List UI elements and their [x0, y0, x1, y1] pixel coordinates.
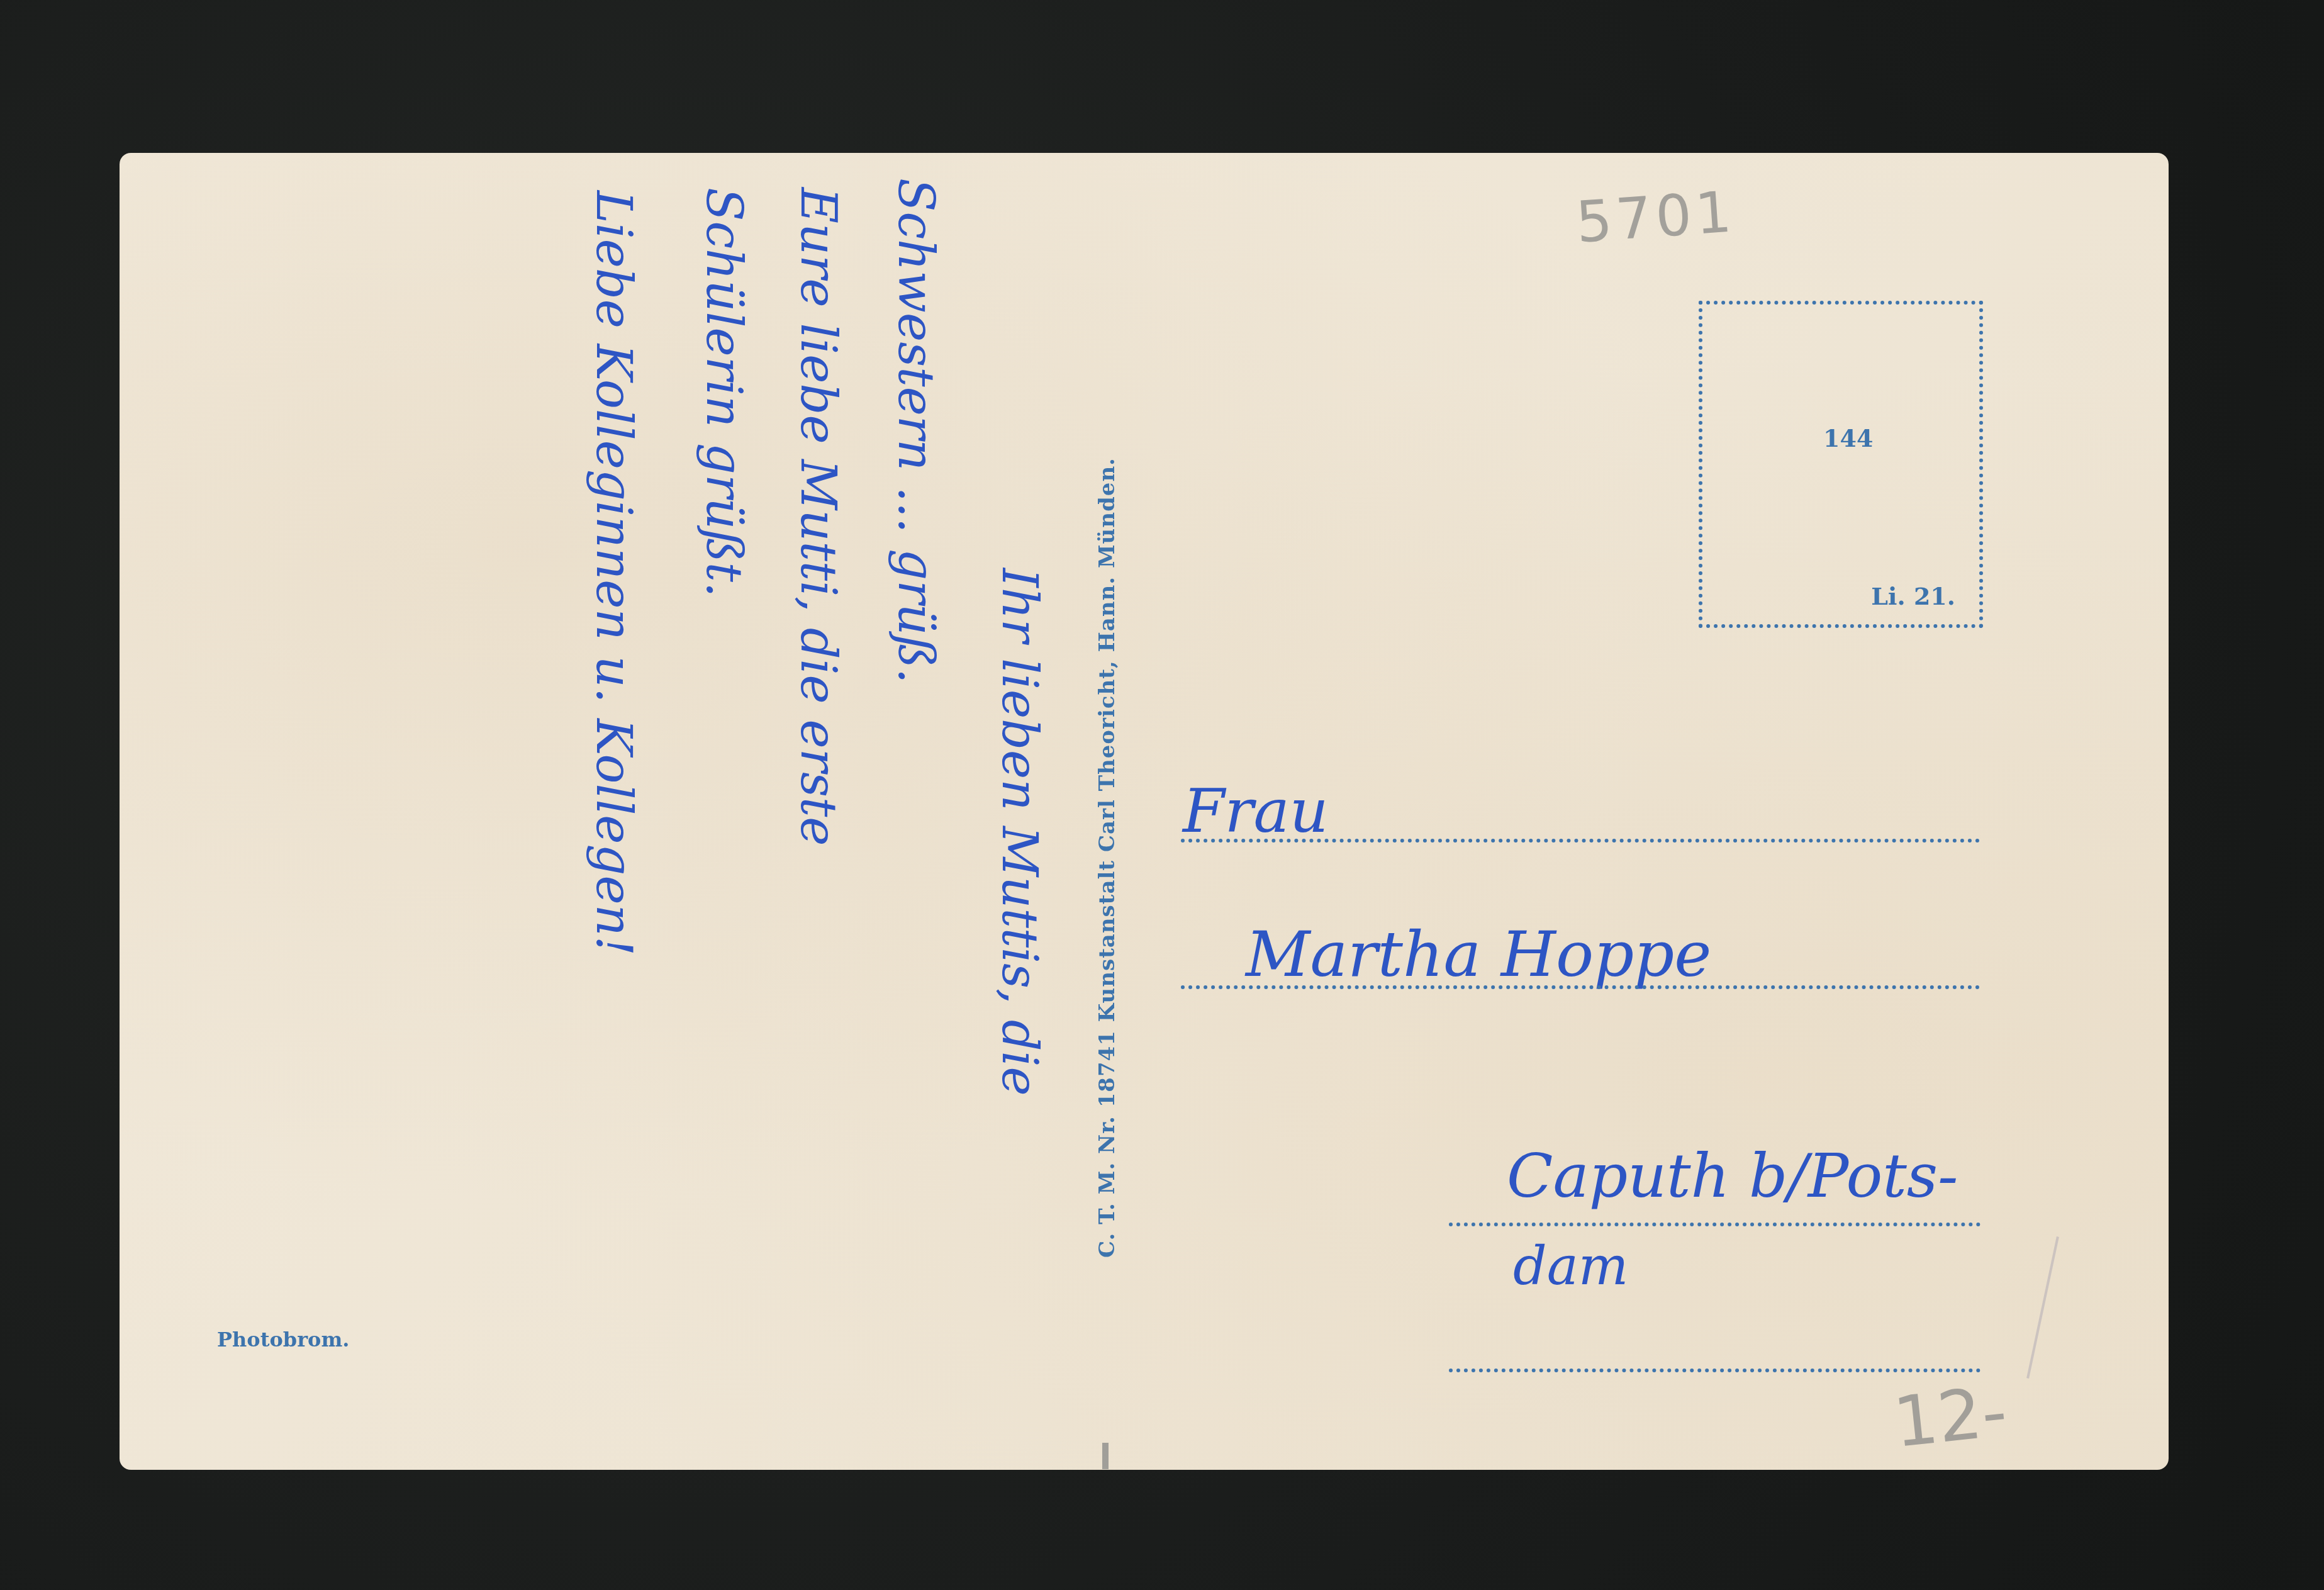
pencil-stroke	[2026, 1236, 2059, 1379]
address-town: Caputh b/Pots-	[1507, 1141, 1958, 1211]
paper-type-label: Photobrom.	[217, 1328, 349, 1352]
address-line-1	[1181, 839, 1980, 846]
message-line-3: Eure liebe Mutti, die erste	[790, 188, 846, 846]
pencil-price-note: 12-	[1890, 1371, 2011, 1463]
message-line-5: Liebe Kolleginnen u. Kollegen!	[585, 191, 642, 956]
address-salutation: Frau	[1183, 776, 1329, 846]
stamp-box-number: 144	[1823, 424, 1873, 452]
message-line-1: Ihr lieben Muttis, die	[991, 568, 1047, 1096]
postcard: 5701 Ihr lieben Muttis, die Schwestern .…	[120, 153, 2169, 1470]
address-name: Martha Hoppe	[1246, 917, 1711, 991]
pencil-tick	[1102, 1443, 1109, 1469]
address-line-4	[1449, 1369, 1980, 1375]
stamp-placement-box: 144 Li. 21.	[1699, 301, 1983, 628]
message-line-4: Schülerin grüßt.	[695, 188, 752, 598]
publisher-imprint: C. T. M. Nr. 18741 Kunstanstalt Carl The…	[1095, 457, 1120, 1258]
address-town-continued: dam	[1513, 1235, 1629, 1297]
address-line-2	[1181, 985, 1980, 992]
address-line-3	[1449, 1223, 1980, 1229]
stamp-box-code: Li. 21.	[1871, 582, 1955, 610]
message-line-2: Schwestern ... grüß.	[887, 178, 944, 684]
pencil-archive-number: 5701	[1574, 179, 1738, 255]
